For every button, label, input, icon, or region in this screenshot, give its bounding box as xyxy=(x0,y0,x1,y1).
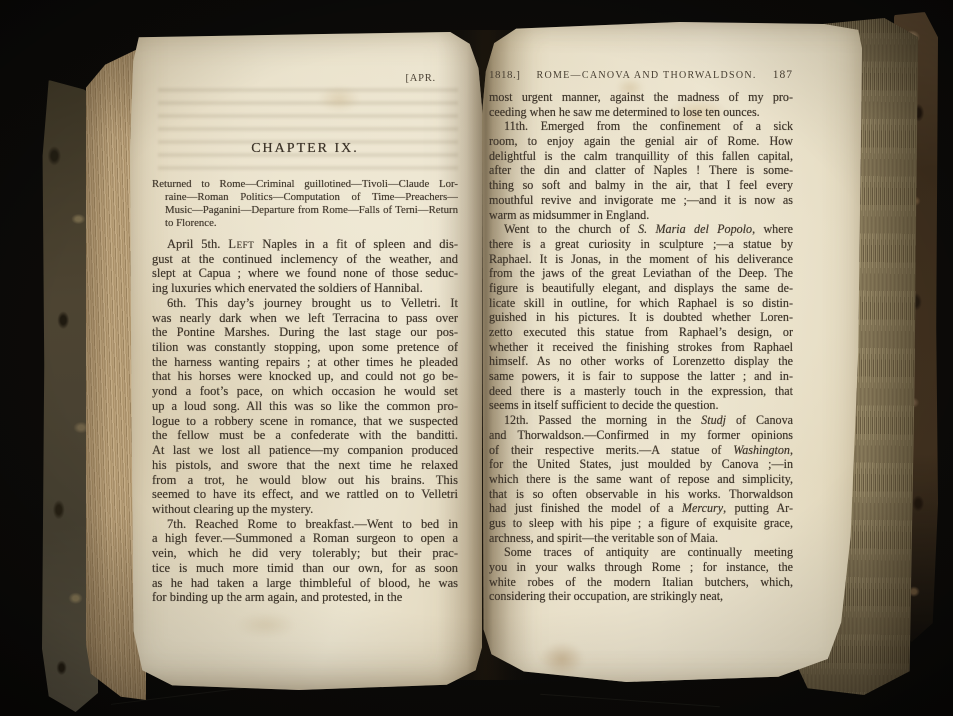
text-line: without clearing up the mystery. xyxy=(152,502,458,517)
text-line: you in your walks through Rome ; for ins… xyxy=(489,560,793,575)
text-line: considering their occupation, are striki… xyxy=(489,589,793,604)
text-line: mouthful revive and invigorate me ;—and … xyxy=(489,193,793,208)
paragraph: 11th. Emerged from the confinement of a … xyxy=(489,119,793,222)
paragraph: most urgent manner, against the madness … xyxy=(489,90,793,119)
text-line: from the jaws of the great Leviathan of … xyxy=(489,266,793,281)
text-line: thing so soft and balmy in the air, that… xyxy=(489,178,793,193)
text-line: April 5th. Left Naples in a fit of splee… xyxy=(152,237,458,252)
text-line: up a loud song. All this was so like the… xyxy=(152,399,458,414)
text-line: 12th. Passed the morning in the Studj of… xyxy=(489,413,793,428)
text-line: of their respective merits.—A statue of … xyxy=(489,443,793,458)
text-line: archness, and spirit—the veritable son o… xyxy=(489,531,793,546)
text-line: ceeding when he saw me determined to los… xyxy=(489,105,793,120)
book-photo: [APR. CHAPTER IX. Returned to Rome—Crimi… xyxy=(0,0,953,716)
text-line: for binding up the arm again, and protes… xyxy=(152,590,458,605)
paragraph: April 5th. Left Naples in a fit of splee… xyxy=(152,237,458,296)
paragraph: 6th. This day’s journey brought us to Ve… xyxy=(152,296,458,517)
text-line: there is a great curiosity in sculpture … xyxy=(489,237,793,252)
text-line: himself. As no other works of Lorenzetto… xyxy=(489,354,793,369)
left-running-header: [APR. xyxy=(152,73,458,84)
text-line: raine—Roman Politics—Computation of Time… xyxy=(152,191,458,204)
text-line: 6th. This day’s journey brought us to Ve… xyxy=(152,296,458,311)
text-line: same powers, it is fair to suppose the l… xyxy=(489,369,793,384)
text-line: Raphael. It is Jonas, in the moment of h… xyxy=(489,252,793,267)
text-line: had just finished the model of a Mercury… xyxy=(489,501,793,516)
text-line: yond a foot’s pace, on which occasion he… xyxy=(152,384,458,399)
text-line: gust at the continued inclemency of the … xyxy=(152,252,458,267)
paragraph: Went to the church of S. Maria del Popol… xyxy=(489,222,793,413)
chapter-heading: CHAPTER IX. xyxy=(152,141,458,157)
text-line: and Thorwaldson.—Confirmed in my former … xyxy=(489,428,793,443)
text-line: Returned to Rome—Criminal guillotined—Ti… xyxy=(152,178,458,191)
text-line: 7th. Reached Rome to breakfast.—Went to … xyxy=(152,517,458,532)
text-line: which there is the same want of repose a… xyxy=(489,472,793,487)
text-line: Some traces of antiquity are continually… xyxy=(489,545,793,560)
text-line: a high fever.—Summoned a Roman surgeon t… xyxy=(152,531,458,546)
text-line: slept at Capua ; where we found none of … xyxy=(152,266,458,281)
text-line: figure is beautifully elegant, and displ… xyxy=(489,281,793,296)
right-running-header: 1818.] ROME—CANOVA AND THORWALDSON. 187 xyxy=(489,69,793,81)
text-line: gus to sleep with his pipe ; a figure of… xyxy=(489,516,793,531)
text-line: seems in itself sufficient to decide the… xyxy=(489,398,793,413)
text-line: Went to the church of S. Maria del Popol… xyxy=(489,222,793,237)
text-line: tice is much more timid than our own, fo… xyxy=(152,561,458,576)
text-line: whether it received the finishing stroke… xyxy=(489,340,793,355)
text-line: licate skill in outline, for which Rapha… xyxy=(489,296,793,311)
background-scratch xyxy=(540,694,720,708)
paragraph: Returned to Rome—Criminal guillotined—Ti… xyxy=(152,178,458,230)
text-line: to Florence. xyxy=(152,217,458,230)
right-page-body: most urgent manner, against the madness … xyxy=(489,90,793,604)
header-year: 1818.] xyxy=(489,69,520,81)
text-line: that his horses were knocked up, and cou… xyxy=(152,369,458,384)
text-line: was nearly dark when we left Terracina t… xyxy=(152,311,458,326)
left-page-body: April 5th. Left Naples in a fit of splee… xyxy=(152,237,458,605)
text-line: after the din and clatter of Naples ! Th… xyxy=(489,163,793,178)
header-page-number: 187 xyxy=(773,69,793,81)
text-line: deed there is a masterly touch in the ex… xyxy=(489,384,793,399)
header-title: ROME—CANOVA AND THORWALDSON. xyxy=(520,70,772,81)
text-line: that is so often observable in his works… xyxy=(489,487,793,502)
text-line: delightful is the calm tranquillity of t… xyxy=(489,149,793,164)
paragraph: 12th. Passed the morning in the Studj of… xyxy=(489,413,793,545)
text-line: from a trot, he would blow out his brain… xyxy=(152,473,458,488)
show-through-ghost-text xyxy=(158,88,458,170)
text-line: warm as midsummer in England. xyxy=(489,208,793,223)
chapter-summary: Returned to Rome—Criminal guillotined—Ti… xyxy=(152,178,458,230)
text-line: tilion was constantly stopping, upon som… xyxy=(152,340,458,355)
paragraph: Some traces of antiquity are continually… xyxy=(489,545,793,604)
text-line: his pistols, and swore that the next tim… xyxy=(152,458,458,473)
text-line: seemed to have its effect, and we rattle… xyxy=(152,487,458,502)
text-line: the harness wanting repairs ; at other t… xyxy=(152,355,458,370)
text-line: white robes of the modern Italian butche… xyxy=(489,575,793,590)
text-line: the fellow must be a confederate with th… xyxy=(152,428,458,443)
text-line: vein, which he did very tolerably; but t… xyxy=(152,546,458,561)
text-line: zetto executed this statue from Raphael’… xyxy=(489,325,793,340)
text-line: the Pontine Marshes. During the last sta… xyxy=(152,325,458,340)
text-line: logue to a robbery scene in romance, tha… xyxy=(152,414,458,429)
text-line: most urgent manner, against the madness … xyxy=(489,90,793,105)
text-line: At last we lost all patience—my companio… xyxy=(152,443,458,458)
text-line: for the United States, just moulded by C… xyxy=(489,457,793,472)
paragraph: 7th. Reached Rome to breakfast.—Went to … xyxy=(152,517,458,605)
text-line: guished in his pictures. It is doubted w… xyxy=(489,310,793,325)
text-line: as he had taken a large thimbleful of bl… xyxy=(152,576,458,591)
text-line: 11th. Emerged from the confinement of a … xyxy=(489,119,793,134)
text-line: ing luxuries which enervated the soldier… xyxy=(152,281,458,296)
text-line: room, to enjoy again the genial air of R… xyxy=(489,134,793,149)
text-line: Music—Paganini—Departure from Rome—Falls… xyxy=(152,204,458,217)
